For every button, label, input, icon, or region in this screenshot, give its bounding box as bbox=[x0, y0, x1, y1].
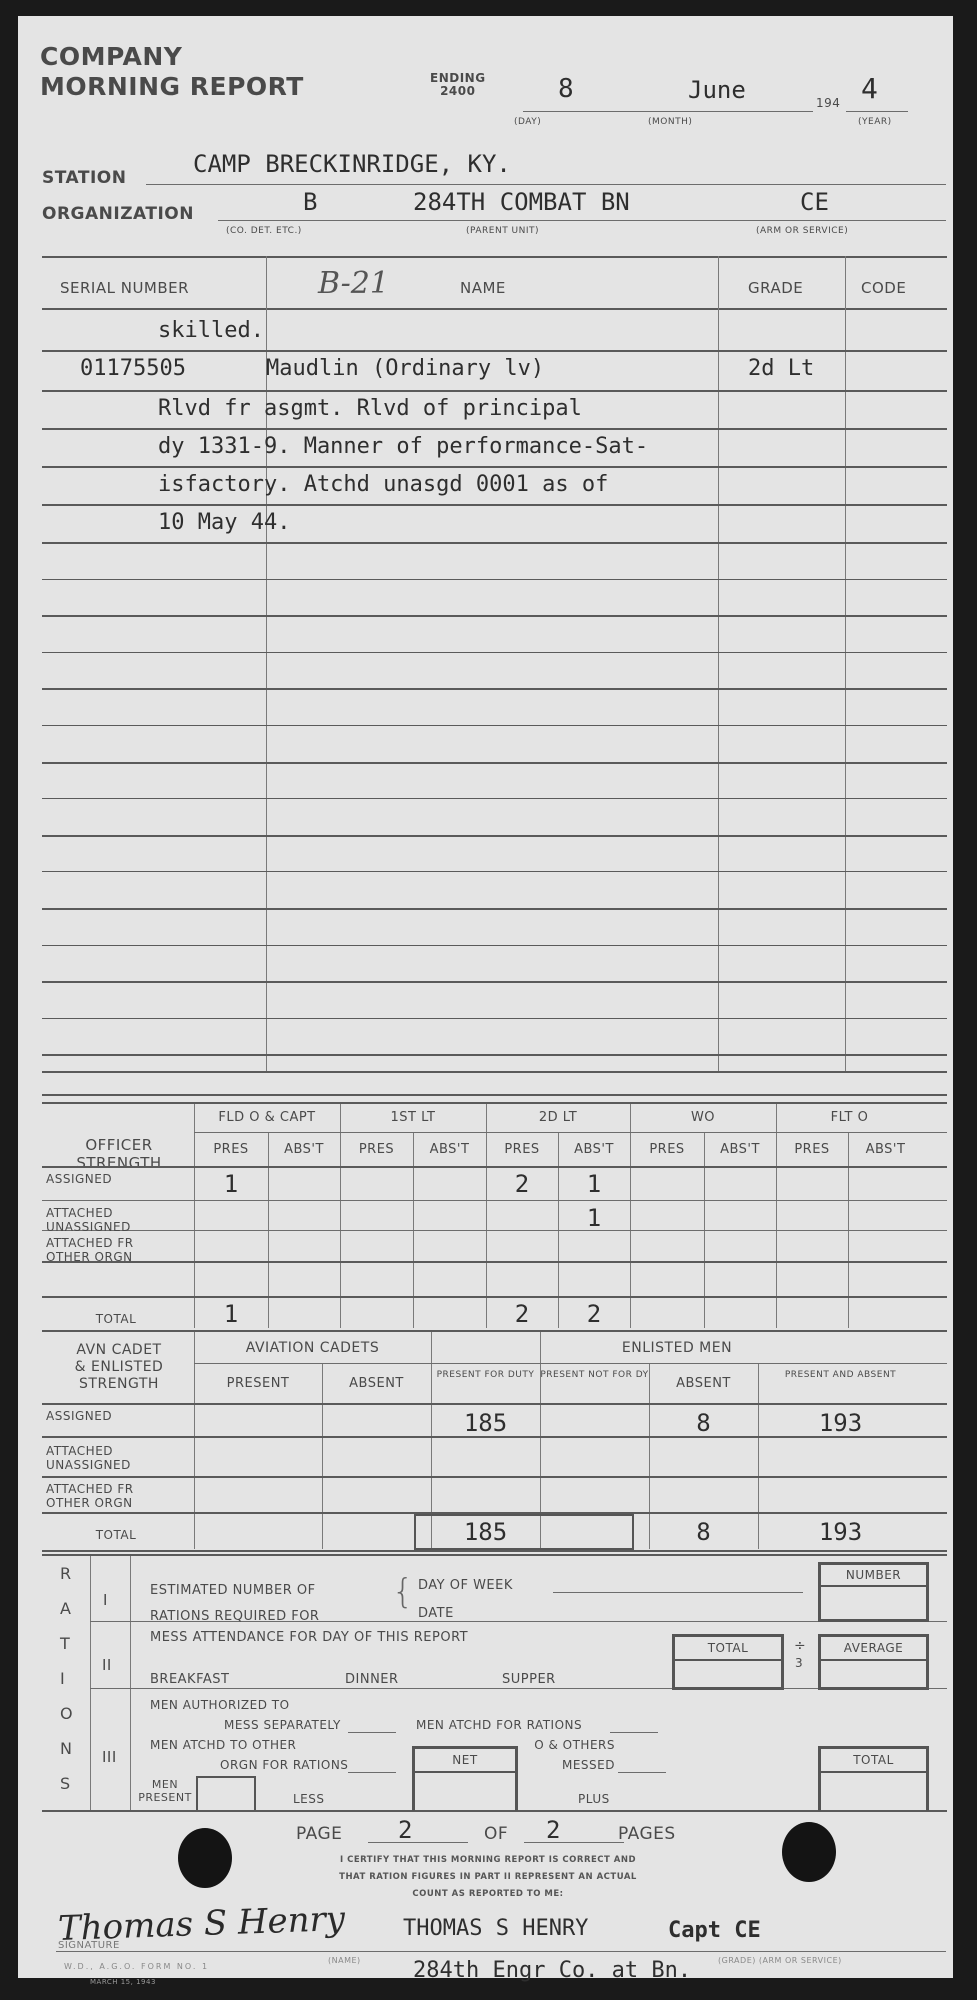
average-box[interactable]: AVERAGE bbox=[818, 1634, 929, 1690]
row-rule bbox=[42, 835, 947, 837]
grade-caption: (GRADE) (ARM OR SERVICE) bbox=[718, 1956, 842, 1965]
roster-top-rule bbox=[42, 256, 947, 258]
text-line: I CERTIFY THAT THIS MORNING REPORT IS CO… bbox=[268, 1852, 708, 1869]
enlisted-title-1: AVN CADET bbox=[44, 1342, 194, 1359]
rations-letter: N bbox=[60, 1739, 72, 1758]
roster-text: isfactory. Atchd unasgd 0001 as of bbox=[158, 472, 608, 497]
roster-text: dy 1331-9. Manner of performance-Sat- bbox=[158, 434, 648, 459]
men-present-label: MEN PRESENT bbox=[136, 1778, 194, 1804]
row-rule bbox=[42, 504, 947, 506]
signed-name: THOMAS S HENRY bbox=[403, 1916, 588, 1941]
rations-letter: O bbox=[60, 1704, 73, 1723]
enlisted-row-label: ATTACHED UNASSIGNED bbox=[46, 1444, 181, 1472]
station-label: STATION bbox=[42, 168, 126, 188]
rations-letter: T bbox=[60, 1634, 70, 1653]
row-rule bbox=[42, 981, 947, 983]
roster-serial: 01175505 bbox=[80, 356, 186, 381]
morning-report-form: COMPANY MORNING REPORT ENDING 2400 8 Jun… bbox=[18, 16, 953, 1978]
rations-top-rule bbox=[42, 1554, 947, 1556]
officer-row-label: ATTACHED UNASSIGNED bbox=[46, 1206, 181, 1234]
month-caption: (MONTH) bbox=[648, 117, 692, 127]
year-caption: (YEAR) bbox=[858, 117, 892, 127]
divider bbox=[42, 1330, 947, 1332]
divider bbox=[42, 1550, 947, 1552]
dinner-label: DINNER bbox=[345, 1672, 399, 1687]
row-rule bbox=[42, 652, 947, 653]
divider bbox=[776, 1104, 777, 1328]
report-month: June bbox=[688, 76, 746, 104]
report-year-digit: 4 bbox=[861, 72, 878, 105]
row-rule bbox=[42, 725, 947, 726]
average-box-label: AVERAGE bbox=[821, 1637, 926, 1661]
row-rule bbox=[42, 428, 947, 430]
page-total-rule bbox=[524, 1842, 624, 1843]
enlisted-column-header: PRESENT FOR DUTY bbox=[431, 1368, 540, 1383]
total-box-label: TOTAL bbox=[675, 1637, 781, 1661]
enlisted-title-2: & ENLISTED bbox=[44, 1359, 194, 1376]
divider bbox=[194, 1332, 195, 1549]
row-rule bbox=[42, 871, 947, 872]
serial-number-header: SERIAL NUMBER bbox=[60, 279, 189, 297]
row-rule bbox=[42, 908, 947, 910]
ending-time: 2400 bbox=[430, 85, 486, 98]
signature-caption: SIGNATURE bbox=[58, 1940, 120, 1951]
page-label: PAGE bbox=[296, 1824, 342, 1844]
aviation-cadets-header: AVIATION CADETS bbox=[194, 1340, 431, 1356]
net-box-label: NET bbox=[415, 1749, 515, 1773]
handwritten-note: B-21 bbox=[318, 266, 389, 301]
day-caption: (DAY) bbox=[514, 117, 541, 127]
code-column-divider bbox=[845, 256, 846, 1071]
plus-label: PLUS bbox=[578, 1792, 610, 1806]
divider bbox=[42, 1296, 947, 1298]
enlisted-row-label: ATTACHED FR OTHER ORGN bbox=[46, 1482, 181, 1510]
officer-sub-header: PRES bbox=[776, 1142, 848, 1157]
station-rule bbox=[146, 184, 946, 185]
date-label: DATE bbox=[418, 1606, 454, 1621]
other-orgn-field[interactable] bbox=[348, 1772, 396, 1773]
row-rule bbox=[42, 350, 947, 352]
day-of-week-field[interactable] bbox=[553, 1592, 803, 1593]
report-day: 8 bbox=[558, 74, 574, 104]
enlisted-cell: 193 bbox=[758, 1409, 923, 1437]
text-line: ESTIMATED NUMBER OF bbox=[150, 1578, 319, 1604]
form-date: MARCH 15, 1943 bbox=[90, 1978, 156, 1986]
date-rule bbox=[523, 111, 813, 112]
company-caption: (CO. DET. ETC.) bbox=[226, 226, 302, 236]
men-present-box[interactable] bbox=[196, 1776, 256, 1810]
total-box-label: TOTAL bbox=[821, 1749, 926, 1773]
officer-row-label: ASSIGNED bbox=[46, 1172, 181, 1186]
officer-cell: 1 bbox=[194, 1170, 268, 1198]
officer-group-header: 1ST LT bbox=[340, 1110, 486, 1125]
men-authorized-line-2: MESS SEPARATELY bbox=[224, 1718, 341, 1732]
present-total-box bbox=[414, 1514, 634, 1550]
rations-letter: S bbox=[60, 1774, 71, 1793]
officer-group-header: WO bbox=[630, 1110, 776, 1125]
arm-caption: (ARM OR SERVICE) bbox=[756, 226, 848, 236]
station-value: CAMP BRECKINRIDGE, KY. bbox=[193, 150, 511, 178]
divider bbox=[130, 1556, 131, 1810]
men-authorized-line-1: MEN AUTHORIZED TO bbox=[150, 1698, 290, 1712]
enlisted-title-3: STRENGTH bbox=[44, 1376, 194, 1393]
number-box[interactable]: NUMBER bbox=[818, 1562, 929, 1622]
roster-text: Rlvd fr asgmt. Rlvd of principal bbox=[158, 396, 582, 421]
supper-label: SUPPER bbox=[502, 1672, 556, 1687]
section-3-numeral: III bbox=[102, 1748, 117, 1766]
other-orgn-line-1: MEN ATCHD TO OTHER bbox=[150, 1738, 296, 1752]
org-parent-unit: 284TH COMBAT BN bbox=[413, 188, 630, 216]
divider bbox=[630, 1104, 631, 1328]
officer-sub-header: PRES bbox=[486, 1142, 558, 1157]
page-number-rule bbox=[368, 1842, 468, 1843]
net-box[interactable]: NET bbox=[412, 1746, 518, 1811]
roster-text: 10 May 44. bbox=[158, 510, 290, 535]
officer-top-rule bbox=[42, 1094, 947, 1096]
officer-top-rule-2 bbox=[42, 1102, 947, 1104]
enlisted-cell: 185 bbox=[431, 1409, 540, 1437]
row-rule bbox=[42, 615, 947, 617]
title-line-2: MORNING REPORT bbox=[40, 72, 304, 102]
officer-group-header: FLD O & CAPT bbox=[194, 1110, 340, 1125]
binder-hole-left bbox=[178, 1828, 232, 1888]
row-rule bbox=[42, 542, 947, 544]
divider bbox=[194, 1132, 947, 1133]
officer-sub-header: ABS'T bbox=[704, 1142, 776, 1157]
day-of-week-label: DAY OF WEEK bbox=[418, 1578, 513, 1593]
page-total: 2 bbox=[546, 1816, 560, 1844]
roster-text: skilled. bbox=[158, 318, 264, 343]
row-rule bbox=[42, 466, 947, 468]
enlisted-cell: 193 bbox=[758, 1518, 923, 1546]
officer-sub-header: ABS'T bbox=[268, 1142, 340, 1157]
divider bbox=[42, 1200, 947, 1201]
text-line: MEN bbox=[136, 1778, 194, 1791]
enlisted-column-header: ABSENT bbox=[649, 1376, 758, 1391]
divider bbox=[90, 1556, 91, 1810]
divisor: 3 bbox=[795, 1656, 803, 1670]
enlisted-column-header: PRESENT AND ABSENT bbox=[758, 1368, 923, 1383]
grade-column-divider bbox=[718, 256, 719, 1071]
row-rule bbox=[42, 1071, 947, 1073]
section-1-text: ESTIMATED NUMBER OF RATIONS REQUIRED FOR bbox=[150, 1578, 319, 1630]
mess-total-box[interactable]: TOTAL bbox=[672, 1634, 784, 1690]
divide-sign: ÷ bbox=[794, 1638, 806, 1654]
row-rule bbox=[42, 762, 947, 764]
rations-letter: R bbox=[60, 1564, 72, 1583]
officer-sub-header: ABS'T bbox=[848, 1142, 923, 1157]
unit-line: 284th Engr Co. at Bn. bbox=[413, 1958, 691, 1983]
org-company: B bbox=[303, 188, 317, 216]
others-line-1: O & OTHERS bbox=[525, 1738, 615, 1752]
form-title: COMPANY MORNING REPORT bbox=[40, 42, 304, 102]
officer-sub-header: PRES bbox=[340, 1142, 413, 1157]
officer-cell: 1 bbox=[558, 1170, 630, 1198]
officer-group-header: 2D LT bbox=[486, 1110, 630, 1125]
title-line: STRENGTH bbox=[44, 1154, 194, 1172]
officer-cell: 2 bbox=[558, 1300, 630, 1328]
enlisted-cell: 8 bbox=[649, 1518, 758, 1546]
form-number: W.D., A.G.O. FORM NO. 1 bbox=[64, 1962, 209, 1971]
enlisted-column-header: PRESENT NOT FOR DY bbox=[540, 1368, 649, 1383]
brace: { bbox=[392, 1572, 414, 1612]
others-messed-field[interactable] bbox=[618, 1772, 666, 1773]
title-line: OFFICER bbox=[44, 1136, 194, 1154]
section-2-numeral: II bbox=[102, 1656, 112, 1674]
text-line: PRESENT bbox=[136, 1791, 194, 1804]
officer-group-header: FLT O bbox=[776, 1110, 923, 1125]
year-prefix: 194 bbox=[816, 96, 840, 110]
divider bbox=[486, 1104, 487, 1328]
certification-text: I CERTIFY THAT THIS MORNING REPORT IS CO… bbox=[268, 1852, 708, 1903]
ending-label: ENDING 2400 bbox=[430, 72, 486, 98]
code-header: CODE bbox=[861, 279, 906, 297]
divider bbox=[194, 1104, 195, 1328]
row-rule bbox=[42, 1018, 947, 1019]
divider bbox=[340, 1104, 341, 1328]
organization-label: ORGANIZATION bbox=[42, 204, 194, 224]
roster-grade: 2d Lt bbox=[748, 356, 814, 381]
row-rule bbox=[42, 688, 947, 690]
grade-header: GRADE bbox=[748, 279, 803, 297]
rations-letter: I bbox=[60, 1669, 65, 1688]
enlisted-row-label: TOTAL bbox=[46, 1528, 186, 1542]
section-1-numeral: I bbox=[103, 1591, 108, 1609]
officer-sub-header: ABS'T bbox=[558, 1142, 630, 1157]
officer-sub-header: ABS'T bbox=[413, 1142, 486, 1157]
signed-grade: Capt CE bbox=[668, 1918, 761, 1943]
section-3-total-box[interactable]: TOTAL bbox=[818, 1746, 929, 1811]
roster-header-rule bbox=[42, 308, 947, 310]
officer-cell: 1 bbox=[558, 1204, 630, 1232]
name-header: NAME bbox=[460, 279, 506, 297]
row-rule bbox=[42, 945, 947, 946]
row-rule bbox=[42, 798, 947, 799]
officer-row-label: TOTAL bbox=[46, 1312, 186, 1326]
row-rule bbox=[42, 1054, 947, 1056]
enlisted-men-header: ENLISTED MEN bbox=[431, 1340, 923, 1356]
officer-sub-header: PRES bbox=[630, 1142, 704, 1157]
org-arm: CE bbox=[800, 188, 829, 216]
officer-cell: 2 bbox=[486, 1170, 558, 1198]
enlisted-cell: 8 bbox=[649, 1409, 758, 1437]
text-line: THAT RATION FIGURES IN PART II REPRESENT… bbox=[268, 1869, 708, 1886]
men-atchd-rations-label: MEN ATCHD FOR RATIONS bbox=[416, 1718, 582, 1732]
of-label: OF bbox=[484, 1824, 508, 1844]
pages-label: PAGES bbox=[618, 1824, 676, 1844]
year-rule bbox=[846, 111, 908, 112]
divider bbox=[42, 1476, 947, 1478]
organization-rule bbox=[218, 220, 946, 221]
number-box-label: NUMBER bbox=[821, 1565, 926, 1587]
title-line-1: COMPANY bbox=[40, 42, 304, 72]
divider bbox=[42, 1166, 947, 1168]
page-number: 2 bbox=[398, 1816, 412, 1844]
enlisted-row-label: ASSIGNED bbox=[46, 1409, 181, 1423]
row-rule bbox=[42, 579, 947, 580]
parent-caption: (PARENT UNIT) bbox=[466, 226, 539, 236]
mess-separately-field[interactable] bbox=[348, 1732, 396, 1733]
text-line: RATIONS REQUIRED FOR bbox=[150, 1604, 319, 1630]
mess-attendance-title: MESS ATTENDANCE FOR DAY OF THIS REPORT bbox=[150, 1630, 468, 1645]
rations-letter: A bbox=[60, 1599, 71, 1618]
others-line-2: MESSED bbox=[525, 1758, 615, 1772]
officer-row-label: ATTACHED FR OTHER ORGN bbox=[46, 1236, 181, 1264]
divider bbox=[42, 1403, 947, 1405]
officer-sub-header: PRES bbox=[194, 1142, 268, 1157]
divider bbox=[194, 1363, 947, 1364]
officer-cell: 1 bbox=[194, 1300, 268, 1328]
atchd-rations-field[interactable] bbox=[610, 1732, 658, 1733]
name-caption: (NAME) bbox=[328, 1956, 361, 1965]
binder-hole-right bbox=[782, 1822, 836, 1882]
row-rule bbox=[42, 390, 947, 392]
breakfast-label: BREAKFAST bbox=[150, 1672, 229, 1687]
other-orgn-line-2: ORGN FOR RATIONS bbox=[220, 1758, 348, 1772]
officer-cell: 2 bbox=[486, 1300, 558, 1328]
roster-text: Maudlin (Ordinary lv) bbox=[266, 356, 544, 381]
signature-rule bbox=[56, 1951, 946, 1952]
enlisted-column-header: ABSENT bbox=[322, 1376, 431, 1391]
enlisted-column-header: PRESENT bbox=[194, 1376, 322, 1391]
less-label: LESS bbox=[293, 1792, 325, 1806]
